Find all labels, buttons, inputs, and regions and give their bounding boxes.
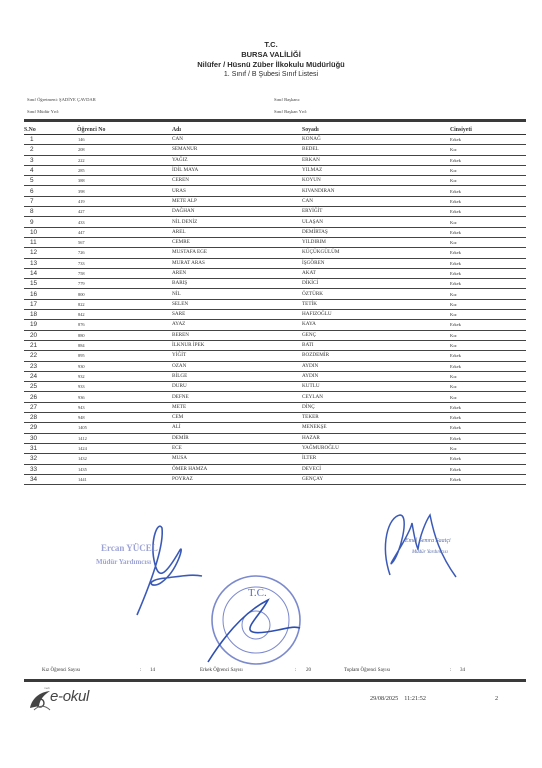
- row-sno: 11: [24, 237, 64, 247]
- row-name: DURU: [172, 382, 302, 392]
- row-surname: TEKER: [302, 413, 450, 423]
- row-name: CEMRE: [172, 237, 302, 247]
- table-body: 1146CANKONAĞErkek2208SEMANURBEDELKız3222…: [24, 135, 526, 485]
- row-gender: Erkek: [450, 186, 526, 196]
- row-surname: YILMAZ: [302, 165, 450, 175]
- female-count: 14: [150, 668, 155, 673]
- row-student-no: 419: [64, 196, 172, 206]
- row-surname: KONAĞ: [302, 135, 450, 145]
- table-row: 26936DEFNECEYLANKız: [24, 392, 526, 402]
- row-student-no: 388: [64, 176, 172, 186]
- row-sno: 30: [24, 433, 64, 443]
- vice-principal-label: Sınıf Müdür Yrd:: [27, 109, 59, 114]
- table-row: 16800NİLÖZTÜRKKız: [24, 289, 526, 299]
- row-sno: 16: [24, 289, 64, 299]
- row-student-no: 880: [64, 330, 172, 340]
- table-row: 15779BARIŞDİKİCİErkek: [24, 279, 526, 289]
- row-name: CAN: [172, 135, 302, 145]
- row-name: DEFNE: [172, 392, 302, 402]
- row-student-no: 943: [64, 402, 172, 412]
- row-student-no: 398: [64, 186, 172, 196]
- class-teacher-label: Sınıf Öğretmeni:: [27, 97, 58, 102]
- row-student-no: 208: [64, 145, 172, 155]
- row-gender: Erkek: [450, 196, 526, 206]
- row-sno: 15: [24, 279, 64, 289]
- row-student-no: 930: [64, 361, 172, 371]
- row-name: AREL: [172, 227, 302, 237]
- row-student-no: 884: [64, 340, 172, 350]
- row-surname: HAFIZOĞLU: [302, 310, 450, 320]
- row-gender: Erkek: [450, 258, 526, 268]
- row-student-no: 1435: [64, 464, 172, 474]
- table-row: 27943METEDİNÇErkek: [24, 402, 526, 412]
- row-gender: Erkek: [450, 423, 526, 433]
- row-gender: Erkek: [450, 402, 526, 412]
- row-surname: KIVANDIRAN: [302, 186, 450, 196]
- row-sno: 1: [24, 135, 64, 145]
- row-student-no: 933: [64, 382, 172, 392]
- table-row: 11567CEMREYILDIRIMKız: [24, 237, 526, 247]
- row-surname: DEMİRTAŞ: [302, 227, 450, 237]
- table-row: 3222YAĞIZERKANErkek: [24, 155, 526, 165]
- logo-badge: meb: [44, 686, 50, 690]
- table-row: 301412DEMİRHAZARErkek: [24, 433, 526, 443]
- row-surname: KUTLU: [302, 382, 450, 392]
- row-student-no: 1412: [64, 433, 172, 443]
- row-sno: 10: [24, 227, 64, 237]
- right-signature-icon: [370, 505, 470, 585]
- row-sno: 7: [24, 196, 64, 206]
- header-country: T.C.: [0, 40, 542, 49]
- row-sno: 27: [24, 402, 64, 412]
- row-surname: BATI: [302, 340, 450, 350]
- row-surname: CAN: [302, 196, 450, 206]
- table-row: 341441POYRAZGENÇAYErkek: [24, 474, 526, 484]
- header-governorship: BURSA VALİLİĞİ: [0, 50, 542, 59]
- row-student-no: 822: [64, 299, 172, 309]
- table-row: 331435ÖMER HAMZADEVECİErkek: [24, 464, 526, 474]
- row-sno: 19: [24, 320, 64, 330]
- row-sno: 24: [24, 371, 64, 381]
- student-table: S.No Öğrenci No Adı Soyadı Cinsiyeti 114…: [24, 126, 526, 485]
- row-gender: Erkek: [450, 474, 526, 484]
- row-gender: Kız: [450, 176, 526, 186]
- row-gender: Erkek: [450, 433, 526, 443]
- class-teacher: Sınıf Öğretmeni:ŞADİYE ÇAVDAR: [27, 97, 96, 102]
- row-gender: Erkek: [450, 268, 526, 278]
- right-signature-name: Emel Semra Saatçi: [405, 538, 451, 544]
- row-gender: Erkek: [450, 320, 526, 330]
- row-name: MUSA: [172, 454, 302, 464]
- row-student-no: 936: [64, 392, 172, 402]
- table-row: 13733MURAT ARASİŞGÖRENErkek: [24, 258, 526, 268]
- row-name: CEREN: [172, 176, 302, 186]
- row-student-no: 1432: [64, 454, 172, 464]
- male-count: 20: [306, 668, 311, 673]
- row-surname: BOZDEMİR: [302, 351, 450, 361]
- row-student-no: 1424: [64, 443, 172, 453]
- row-student-no: 146: [64, 135, 172, 145]
- row-gender: Kız: [450, 443, 526, 453]
- row-surname: KAYA: [302, 320, 450, 330]
- row-gender: Kız: [450, 299, 526, 309]
- row-sno: 22: [24, 351, 64, 361]
- table-row: 28948CEMTEKERErkek: [24, 413, 526, 423]
- row-sno: 25: [24, 382, 64, 392]
- row-sno: 6: [24, 186, 64, 196]
- row-student-no: 876: [64, 320, 172, 330]
- col-header-name: Adı: [172, 126, 302, 135]
- row-name: POYRAZ: [172, 474, 302, 484]
- row-surname: MENEKŞE: [302, 423, 450, 433]
- row-student-no: 733: [64, 258, 172, 268]
- total-count: 34: [460, 668, 465, 673]
- row-name: SEMANUR: [172, 145, 302, 155]
- total-count-label: Toplam Öğrenci Sayısı: [344, 668, 390, 673]
- row-name: URAS: [172, 186, 302, 196]
- row-sno: 31: [24, 443, 64, 453]
- row-gender: Erkek: [450, 361, 526, 371]
- row-surname: KOYUN: [302, 176, 450, 186]
- row-name: İLKNUR İPEK: [172, 340, 302, 350]
- row-gender: Kız: [450, 392, 526, 402]
- row-student-no: 726: [64, 248, 172, 258]
- row-gender: Kız: [450, 382, 526, 392]
- row-surname: HAZAR: [302, 433, 450, 443]
- row-surname: İLTER: [302, 454, 450, 464]
- row-gender: Erkek: [450, 227, 526, 237]
- row-gender: Erkek: [450, 135, 526, 145]
- right-signature-title: Müdür Yardımcısı: [412, 550, 448, 555]
- class-list-title: 1. Sınıf / B Şubesi Sınıf Listesi: [0, 71, 542, 78]
- row-student-no: 567: [64, 237, 172, 247]
- row-gender: Erkek: [450, 454, 526, 464]
- row-sno: 14: [24, 268, 64, 278]
- table-row: 5388CERENKOYUNKız: [24, 176, 526, 186]
- table-header-row: S.No Öğrenci No Adı Soyadı Cinsiyeti: [24, 126, 526, 135]
- row-surname: DİKİCİ: [302, 279, 450, 289]
- row-sno: 3: [24, 155, 64, 165]
- row-student-no: 1405: [64, 423, 172, 433]
- table-row: 10447ARELDEMİRTAŞErkek: [24, 227, 526, 237]
- row-name: MURAT ARAS: [172, 258, 302, 268]
- female-count-label: Kız Öğrenci Sayısı: [42, 668, 80, 673]
- row-surname: KÜÇÜKGÜLÜM: [302, 248, 450, 258]
- row-student-no: 1441: [64, 474, 172, 484]
- table-row: 14758ARENAKATErkek: [24, 268, 526, 278]
- row-sno: 12: [24, 248, 64, 258]
- row-sno: 13: [24, 258, 64, 268]
- row-surname: GENÇ: [302, 330, 450, 340]
- row-name: METE: [172, 402, 302, 412]
- row-surname: ÖZTÜRK: [302, 289, 450, 299]
- row-student-no: 758: [64, 268, 172, 278]
- row-sno: 29: [24, 423, 64, 433]
- row-surname: İŞGÖREN: [302, 258, 450, 268]
- row-gender: Kız: [450, 371, 526, 381]
- row-name: İDİL MAYA: [172, 165, 302, 175]
- table-row: 23930OZANAYDINErkek: [24, 361, 526, 371]
- class-vice-president: Sınıf Başkan Yrd:: [274, 109, 308, 114]
- row-student-no: 779: [64, 279, 172, 289]
- row-sno: 8: [24, 207, 64, 217]
- print-date: 29/08/2025: [370, 695, 398, 702]
- row-name: CEM: [172, 413, 302, 423]
- row-sno: 33: [24, 464, 64, 474]
- footer-divider: [24, 679, 526, 682]
- row-gender: Erkek: [450, 413, 526, 423]
- col-header-surname: Soyadı: [302, 126, 450, 135]
- row-sno: 18: [24, 310, 64, 320]
- class-president: Sınıf Başkanı:: [274, 97, 301, 102]
- row-student-no: 427: [64, 207, 172, 217]
- row-name: ALİ: [172, 423, 302, 433]
- header-school: Nilüfer / Hüsnü Züber İlkokulu Müdürlüğü: [0, 60, 542, 69]
- row-gender: Kız: [450, 217, 526, 227]
- row-student-no: 948: [64, 413, 172, 423]
- row-gender: Erkek: [450, 248, 526, 258]
- e-okul-logo-text: e-okul: [50, 688, 89, 705]
- row-gender: Kız: [450, 289, 526, 299]
- row-name: MUSTAFA EGE: [172, 248, 302, 258]
- row-gender: Erkek: [450, 279, 526, 289]
- row-surname: ULAŞAN: [302, 217, 450, 227]
- table-row: 12726MUSTAFA EGEKÜÇÜKGÜLÜMErkek: [24, 248, 526, 258]
- table-row: 8427DAĞHANERYİĞİTErkek: [24, 207, 526, 217]
- row-name: NİL: [172, 289, 302, 299]
- row-name: SARE: [172, 310, 302, 320]
- class-teacher-value: ŞADİYE ÇAVDAR: [59, 97, 96, 102]
- row-name: BİLGE: [172, 371, 302, 381]
- page-number: 2: [495, 695, 498, 702]
- table-row: 291405ALİMENEKŞEErkek: [24, 423, 526, 433]
- row-gender: Kız: [450, 165, 526, 175]
- row-gender: Erkek: [450, 207, 526, 217]
- row-gender: Kız: [450, 310, 526, 320]
- row-sno: 17: [24, 299, 64, 309]
- row-student-no: 447: [64, 227, 172, 237]
- row-gender: Erkek: [450, 155, 526, 165]
- col-header-gender: Cinsiyeti: [450, 126, 526, 135]
- row-gender: Erkek: [450, 464, 526, 474]
- table-row: 21884İLKNUR İPEKBATIKız: [24, 340, 526, 350]
- vice-principal: Sınıf Müdür Yrd:: [27, 109, 60, 114]
- table-row: 321432MUSAİLTERErkek: [24, 454, 526, 464]
- table-row: 17822SELENTETİKKız: [24, 299, 526, 309]
- table-row: 24932BİLGEAYDINKız: [24, 371, 526, 381]
- row-gender: Kız: [450, 237, 526, 247]
- row-surname: AYDIN: [302, 361, 450, 371]
- row-gender: Kız: [450, 145, 526, 155]
- row-surname: CEYLAN: [302, 392, 450, 402]
- print-time: 11:21:52: [404, 695, 426, 702]
- row-surname: YAĞMUROĞLU: [302, 443, 450, 453]
- row-student-no: 932: [64, 371, 172, 381]
- row-sno: 4: [24, 165, 64, 175]
- row-name: SELEN: [172, 299, 302, 309]
- print-datetime: 29/08/202511:21:52: [370, 695, 426, 702]
- row-gender: Erkek: [450, 351, 526, 361]
- left-signature-title: Müdür Yardımcısı: [96, 558, 151, 566]
- row-name: NİL DENİZ: [172, 217, 302, 227]
- row-surname: DİNÇ: [302, 402, 450, 412]
- stamp-tc-text: T.C.: [248, 587, 267, 599]
- row-student-no: 800: [64, 289, 172, 299]
- row-surname: ERKAN: [302, 155, 450, 165]
- table-row: 6398URASKIVANDIRANErkek: [24, 186, 526, 196]
- male-colon: :: [295, 668, 296, 673]
- row-surname: TETİK: [302, 299, 450, 309]
- row-surname: GENÇAY: [302, 474, 450, 484]
- total-colon: :: [450, 668, 451, 673]
- female-colon: :: [140, 668, 141, 673]
- row-name: AREN: [172, 268, 302, 278]
- row-sno: 9: [24, 217, 64, 227]
- row-gender: Kız: [450, 330, 526, 340]
- row-name: ÖMER HAMZA: [172, 464, 302, 474]
- row-gender: Kız: [450, 340, 526, 350]
- table-row: 20880BERENGENÇKız: [24, 330, 526, 340]
- row-surname: DEVECİ: [302, 464, 450, 474]
- row-name: ECE: [172, 443, 302, 453]
- table-row: 4285İDİL MAYAYILMAZKız: [24, 165, 526, 175]
- row-sno: 28: [24, 413, 64, 423]
- row-name: METE ALP: [172, 196, 302, 206]
- left-signature-name: Ercan YÜCEL: [101, 543, 158, 553]
- row-student-no: 895: [64, 351, 172, 361]
- class-president-label: Sınıf Başkanı:: [274, 97, 300, 102]
- col-header-sno: S.No: [24, 126, 64, 135]
- row-name: DEMİR: [172, 433, 302, 443]
- row-student-no: 285: [64, 165, 172, 175]
- table-row: 9433NİL DENİZULAŞANKız: [24, 217, 526, 227]
- table-row: 25933DURUKUTLUKız: [24, 382, 526, 392]
- row-sno: 34: [24, 474, 64, 484]
- row-sno: 2: [24, 145, 64, 155]
- row-student-no: 222: [64, 155, 172, 165]
- table-row: 2208SEMANURBEDELKız: [24, 145, 526, 155]
- row-name: DAĞHAN: [172, 207, 302, 217]
- table-row: 19876AYAZKAYAErkek: [24, 320, 526, 330]
- row-sno: 23: [24, 361, 64, 371]
- row-student-no: 842: [64, 310, 172, 320]
- row-surname: BEDEL: [302, 145, 450, 155]
- row-sno: 32: [24, 454, 64, 464]
- row-name: YİĞİT: [172, 351, 302, 361]
- row-name: BARIŞ: [172, 279, 302, 289]
- table-row: 7419METE ALPCANErkek: [24, 196, 526, 206]
- row-student-no: 433: [64, 217, 172, 227]
- row-surname: ERYİĞİT: [302, 207, 450, 217]
- row-sno: 21: [24, 340, 64, 350]
- header-divider: [24, 119, 526, 122]
- row-surname: AKAT: [302, 268, 450, 278]
- row-name: YAĞIZ: [172, 155, 302, 165]
- row-sno: 26: [24, 392, 64, 402]
- col-header-student-no: Öğrenci No: [64, 126, 172, 135]
- table-row: 18842SAREHAFIZOĞLUKız: [24, 310, 526, 320]
- class-vice-president-label: Sınıf Başkan Yrd:: [274, 109, 307, 114]
- table-row: 1146CANKONAĞErkek: [24, 135, 526, 145]
- official-stamp-icon: T.C.: [188, 570, 308, 675]
- row-sno: 20: [24, 330, 64, 340]
- row-surname: YILDIRIM: [302, 237, 450, 247]
- row-sno: 5: [24, 176, 64, 186]
- row-name: AYAZ: [172, 320, 302, 330]
- male-count-label: Erkek Öğrenci Sayısı: [200, 668, 243, 673]
- table-row: 311424ECEYAĞMUROĞLUKız: [24, 443, 526, 453]
- table-row: 22895YİĞİTBOZDEMİRErkek: [24, 351, 526, 361]
- row-name: OZAN: [172, 361, 302, 371]
- row-surname: AYDIN: [302, 371, 450, 381]
- row-name: BEREN: [172, 330, 302, 340]
